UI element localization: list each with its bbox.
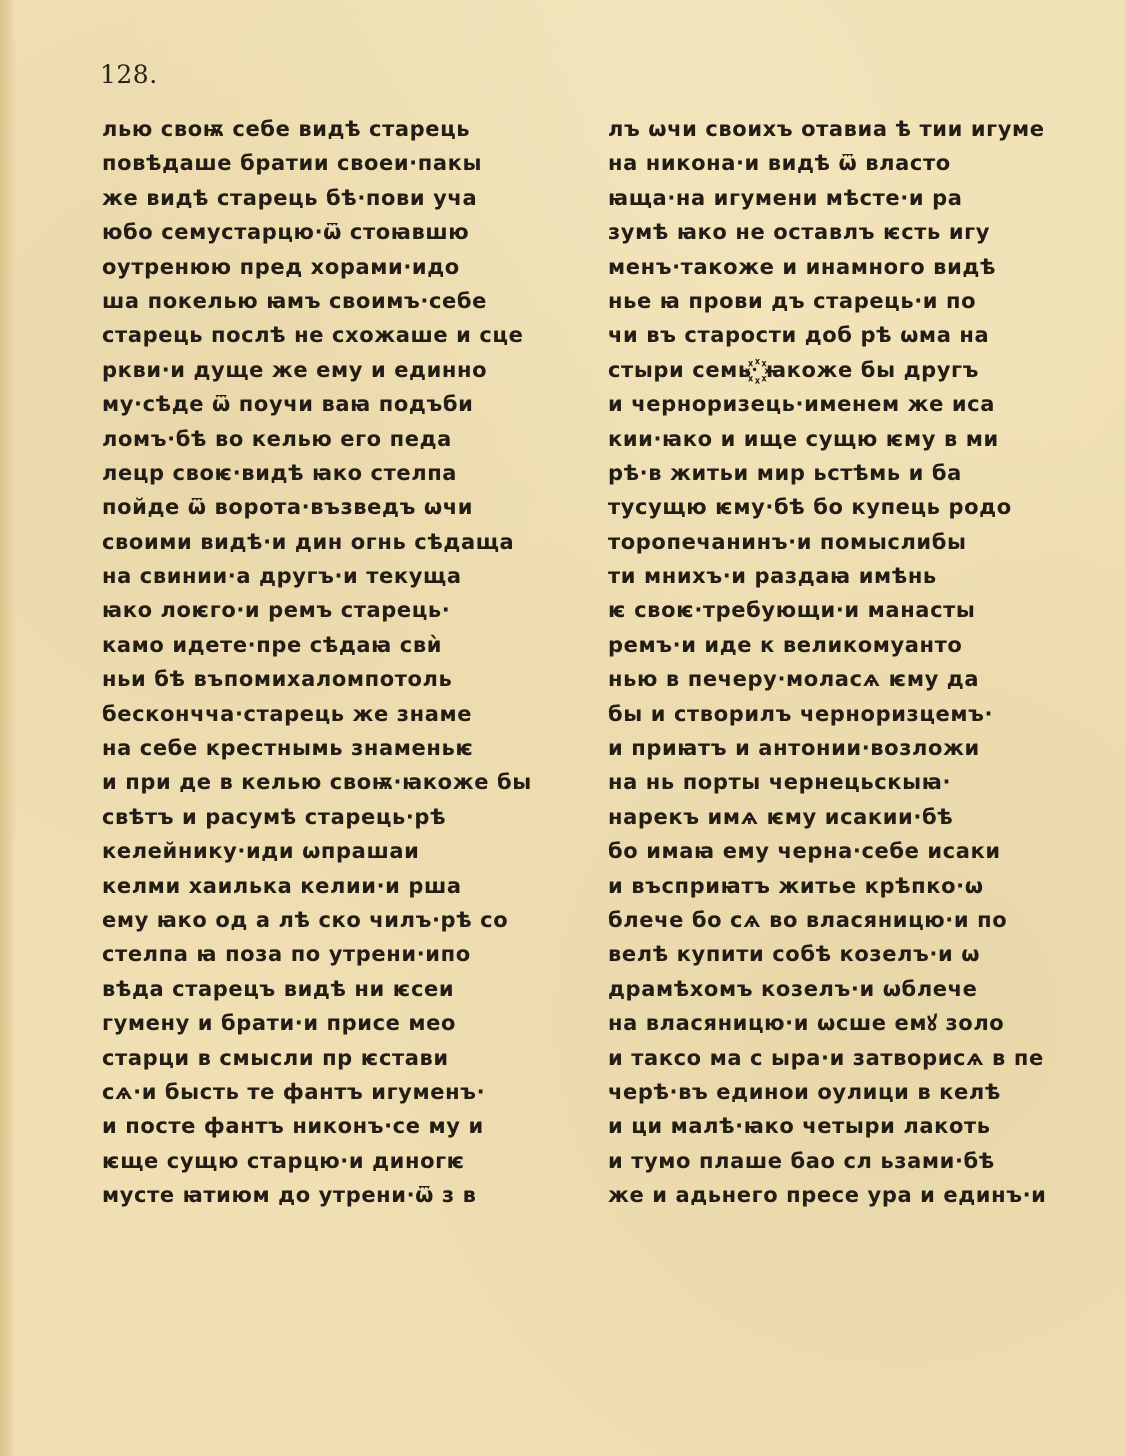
manuscript-line: нарекъ имѧ ѥму исакии·бѣ: [608, 800, 1078, 834]
manuscript-line: ньи бѣ въпомихаломпотоль: [102, 662, 572, 696]
manuscript-line: свѣтъ и расумѣ старець·рѣ: [102, 800, 572, 834]
manuscript-line: и посте фантъ никонъ·се му и: [102, 1109, 572, 1143]
manuscript-line: сѧ·и бысть те фантъ игуменъ·: [102, 1075, 572, 1109]
manuscript-line: келми хаилька келии·и рша: [102, 869, 572, 903]
manuscript-line: на власяницю·и ѡсше емꙋ золо: [608, 1006, 1078, 1040]
manuscript-line: ꙗща·на игумени мѣсте·и ра: [608, 181, 1078, 215]
manuscript-line: блече бо сѧ во власяницю·и по: [608, 903, 1078, 937]
left-text-column: лью своѭ себе видѣ старець повѣдаше брат…: [102, 112, 572, 1213]
manuscript-line: и тумо плаше бао сл ьзами·бѣ: [608, 1144, 1078, 1178]
manuscript-line: вѣда старецъ видѣ ни ѥсеи: [102, 972, 572, 1006]
manuscript-line: тусущю ѥму·бѣ бо купець родо: [608, 490, 1078, 524]
manuscript-line: на себе крестнымь знаменьѥ: [102, 731, 572, 765]
manuscript-line: старци в смысли пр ѥстави: [102, 1041, 572, 1075]
manuscript-line: лецр своѥ·видѣ ꙗко стелпа: [102, 456, 572, 490]
manuscript-line: ѥще сущю старцю·и диногѥ: [102, 1144, 572, 1178]
manuscript-line: же и адьнего пресе ура и единъ·и: [608, 1178, 1078, 1212]
manuscript-line: менъ·такоже и инамного видѣ: [608, 250, 1078, 284]
manuscript-line: стелпа ꙗ поза по утрени·ипо: [102, 937, 572, 971]
manuscript-line: ша покелью ꙗмъ своимъ·себе: [102, 284, 572, 318]
manuscript-line: ркви·и дуще же ему и единно: [102, 353, 572, 387]
manuscript-line: на никона·и видѣ ѿ власто: [608, 146, 1078, 180]
manuscript-line: драмѣхомъ козелъ·и ѡблече: [608, 972, 1078, 1006]
manuscript-line: мусте ꙗтиюм до утрени·ѿ з в: [102, 1178, 572, 1212]
manuscript-line: стыри семь·꙰ ꙗкоже бы другъ: [608, 353, 1078, 387]
page-edge-shadow: [0, 0, 16, 1456]
manuscript-line: чи въ старости доб рѣ ѡма на: [608, 318, 1078, 352]
manuscript-line: лью своѭ себе видѣ старець: [102, 112, 572, 146]
manuscript-line: черѣ·въ единои оулици в келѣ: [608, 1075, 1078, 1109]
manuscript-line: и ци малѣ·ꙗко четыри лакоть: [608, 1109, 1078, 1143]
manuscript-line: своими видѣ·и дин огнь сѣдаща: [102, 525, 572, 559]
manuscript-line: нье ꙗ прови дъ старець·и по: [608, 284, 1078, 318]
manuscript-line: рѣ·в житьи мир ьстѣмь и ба: [608, 456, 1078, 490]
manuscript-line: оутренюю пред хорами·идо: [102, 250, 572, 284]
manuscript-line: ѥ своѥ·требующи·и манасты: [608, 593, 1078, 627]
manuscript-line: ломъ·бѣ во келью его педа: [102, 422, 572, 456]
right-text-column: лъ ѡчи своихъ отавиа ѣ тии игуме на нико…: [608, 112, 1078, 1213]
manuscript-line: ти мнихъ·и раздаꙗ имѣнь: [608, 559, 1078, 593]
manuscript-line: юбо семустарцю·ѿ стоꙗвшю: [102, 215, 572, 249]
manuscript-line: и при де в келью своѭ·ꙗкоже бы: [102, 765, 572, 799]
manuscript-line: на свинии·а другъ·и текуща: [102, 559, 572, 593]
manuscript-line: ꙗко лоѥго·и ремъ старець·: [102, 593, 572, 627]
manuscript-line: зумѣ ꙗко не оставлъ ѥсть игу: [608, 215, 1078, 249]
manuscript-line: бескончча·старець же знаме: [102, 697, 572, 731]
manuscript-line: же видѣ старець бѣ·пови уча: [102, 181, 572, 215]
manuscript-line: на нь порты чернецьскыꙗ·: [608, 765, 1078, 799]
manuscript-line: келейнику·иди ѡпрашаи: [102, 834, 572, 868]
manuscript-line: и черноризець·именем же иса: [608, 387, 1078, 421]
manuscript-line: и въсприꙗтъ житье крѣпко·ѡ: [608, 869, 1078, 903]
manuscript-line: и приꙗтъ и антонии·возложи: [608, 731, 1078, 765]
manuscript-line: торопечанинъ·и помыслибы: [608, 525, 1078, 559]
manuscript-line: кии·ꙗко и ище сущю ѥму в ми: [608, 422, 1078, 456]
manuscript-line: повѣдаше братии своеи·пакы: [102, 146, 572, 180]
manuscript-line: нью в печеру·моласѧ ѥму да: [608, 662, 1078, 696]
manuscript-line: бы и створилъ черноризцемъ·: [608, 697, 1078, 731]
manuscript-line: лъ ѡчи своихъ отавиа ѣ тии игуме: [608, 112, 1078, 146]
manuscript-line: ему ꙗко од а лѣ ско чилъ·рѣ со: [102, 903, 572, 937]
manuscript-line: му·сѣде ѿ поучи ваꙗ подъби: [102, 387, 572, 421]
manuscript-line: старець послѣ не схожаше и сце: [102, 318, 572, 352]
page-number: 128.: [100, 60, 158, 89]
manuscript-line: велѣ купити собѣ козелъ·и ѡ: [608, 937, 1078, 971]
manuscript-line: камо идете·пре сѣдаꙗ свѝ: [102, 628, 572, 662]
manuscript-line: гумену и брати·и присе мео: [102, 1006, 572, 1040]
manuscript-line: ремъ·и иде к великомуанто: [608, 628, 1078, 662]
manuscript-line: бо имаꙗ ему черна·себе исаки: [608, 834, 1078, 868]
manuscript-line: и таксо ма с ыра·и затворисѧ в пе: [608, 1041, 1078, 1075]
manuscript-line: пойде ѿ ворота·възведъ ѡчи: [102, 490, 572, 524]
